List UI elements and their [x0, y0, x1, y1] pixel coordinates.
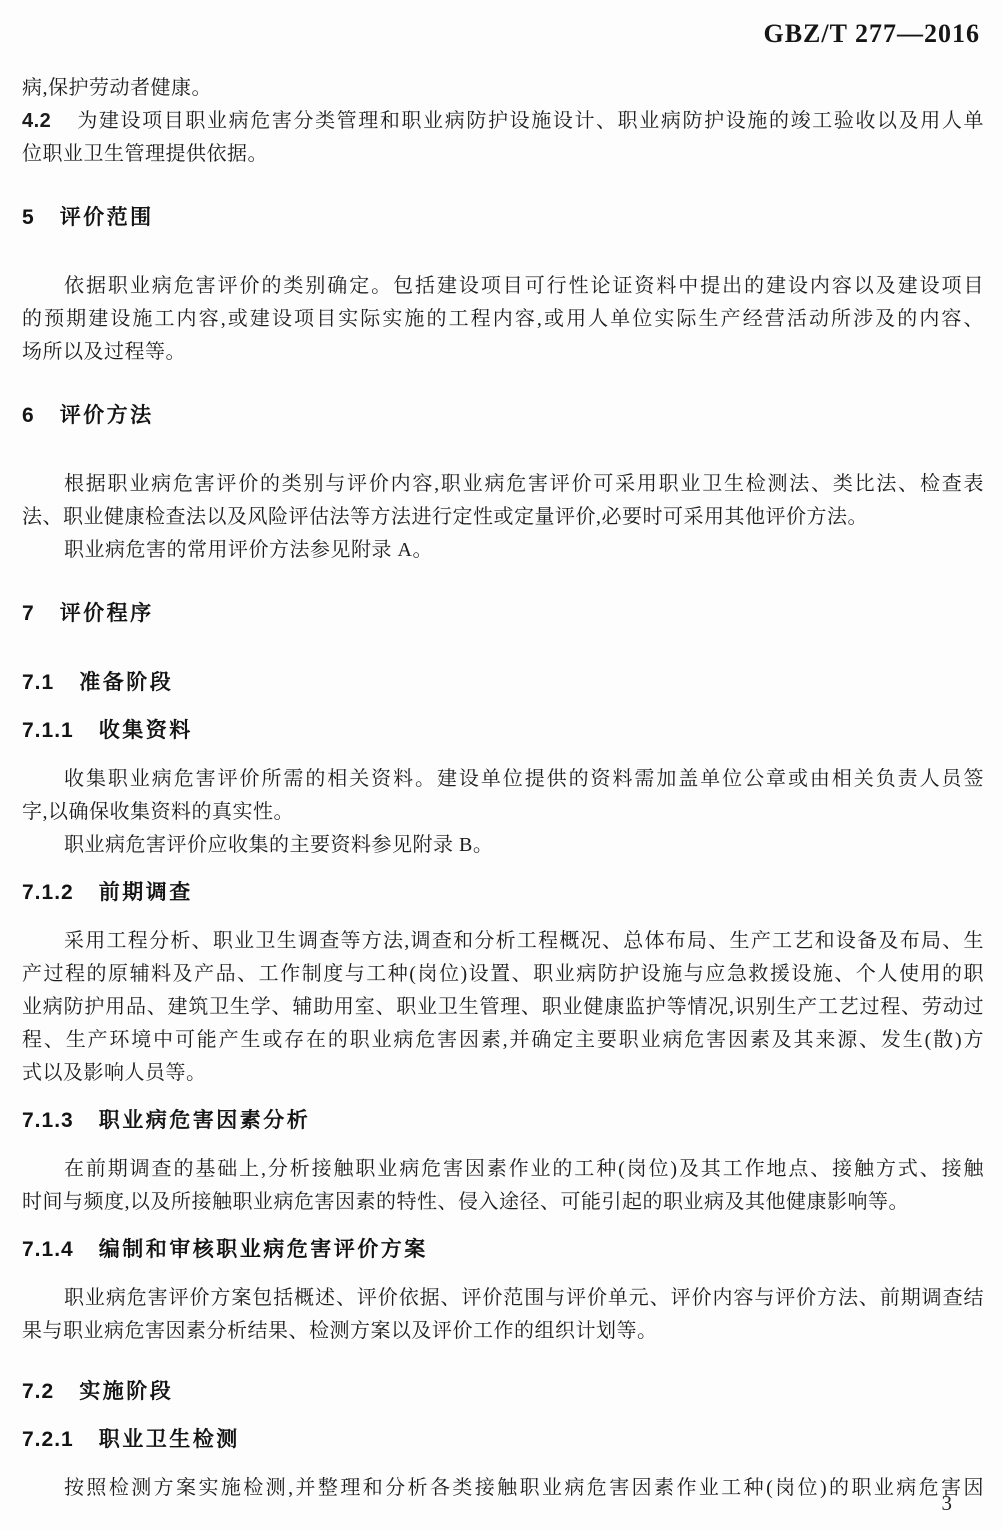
heading-title: 编制和审核职业病危害评价方案 [99, 1233, 428, 1266]
section-heading: 5评价范围 [22, 201, 984, 234]
body-line: 的预期建设施工内容,或建设项目实际实施的工程内容,或用人单位实际生产经营活动所涉… [22, 303, 984, 336]
heading-title: 实施阶段 [79, 1375, 173, 1408]
heading-number: 7.1.3 [22, 1104, 74, 1137]
heading-title: 评价程序 [60, 597, 154, 630]
document-page: GBZ/T 277—2016 病,保护劳动者健康。4.2为建设项目职业病危害分类… [0, 0, 1002, 1530]
paragraph: 病,保护劳动者健康。 [22, 72, 984, 105]
body-line: 果与职业病危害因素分析结果、检测方案以及评价工作的组织计划等。 [22, 1315, 984, 1348]
heading-title: 准备阶段 [79, 666, 173, 699]
section-heading: 7评价程序 [22, 597, 984, 630]
section-heading: 7.1.4编制和审核职业病危害评价方案 [22, 1233, 984, 1266]
heading-title: 职业病危害因素分析 [99, 1104, 311, 1137]
body-line: 职业病危害的常用评价方法参见附录 A。 [22, 534, 984, 567]
heading-number: 7.2 [22, 1375, 54, 1408]
body-line: 依据职业病危害评价的类别确定。包括建设项目可行性论证资料中提出的建设内容以及建设… [22, 270, 984, 303]
paragraph: 采用工程分析、职业卫生调查等方法,调查和分析工程概况、总体布局、生产工艺和设备及… [22, 925, 984, 1090]
body-line: 业病防护用品、建筑卫生学、辅助用室、职业卫生管理、职业健康监护等情况,识别生产工… [22, 991, 984, 1024]
page-number: 3 [942, 1491, 953, 1516]
document-content: 病,保护劳动者健康。4.2为建设项目职业病危害分类管理和职业病防护设施设计、职业… [0, 72, 1002, 1505]
body-line: 在前期调查的基础上,分析接触职业病危害因素作业的工种(岗位)及其工作地点、接触方… [22, 1153, 984, 1186]
body-line: 场所以及过程等。 [22, 336, 984, 369]
standard-number-header: GBZ/T 277—2016 [0, 0, 1002, 48]
section-heading: 7.2实施阶段 [22, 1375, 984, 1408]
paragraph: 职业病危害评价方案包括概述、评价依据、评价范围与评价单元、评价内容与评价方法、前… [22, 1282, 984, 1348]
body-line-text: 为建设项目职业病危害分类管理和职业病防护设施设计、职业病防护设施的竣工验收以及用… [77, 105, 984, 138]
body-line: 按照检测方案实施检测,并整理和分析各类接触职业病危害因素作业工种(岗位)的职业病… [22, 1472, 984, 1505]
body-line: 病,保护劳动者健康。 [22, 72, 984, 105]
body-line: 时间与频度,以及所接触职业病危害因素的特性、侵入途径、可能引起的职业病及其他健康… [22, 1186, 984, 1219]
body-line: 位职业卫生管理提供依据。 [22, 138, 984, 171]
heading-number: 7 [22, 597, 35, 630]
section-heading: 6评价方法 [22, 399, 984, 432]
heading-title: 评价范围 [60, 201, 154, 234]
paragraph: 收集职业病危害评价所需的相关资料。建设单位提供的资料需加盖单位公章或由相关负责人… [22, 763, 984, 862]
body-line: 职业病危害评价应收集的主要资料参见附录 B。 [22, 829, 984, 862]
section-heading: 7.1准备阶段 [22, 666, 984, 699]
heading-title: 前期调查 [99, 876, 193, 909]
body-line: 产过程的原辅料及产品、工作制度与工种(岗位)设置、职业病防护设施与应急救援设施、… [22, 958, 984, 991]
section-heading: 7.1.2前期调查 [22, 876, 984, 909]
body-line: 收集职业病危害评价所需的相关资料。建设单位提供的资料需加盖单位公章或由相关负责人… [22, 763, 984, 796]
heading-number: 5 [22, 201, 35, 234]
body-line: 4.2为建设项目职业病危害分类管理和职业病防护设施设计、职业病防护设施的竣工验收… [22, 105, 984, 138]
section-heading: 7.1.1收集资料 [22, 714, 984, 747]
body-line: 程、生产环境中可能产生或存在的职业病危害因素,并确定主要职业病危害因素及其来源、… [22, 1024, 984, 1057]
body-line: 字,以确保收集资料的真实性。 [22, 796, 984, 829]
paragraph: 在前期调查的基础上,分析接触职业病危害因素作业的工种(岗位)及其工作地点、接触方… [22, 1153, 984, 1219]
body-line: 采用工程分析、职业卫生调查等方法,调查和分析工程概况、总体布局、生产工艺和设备及… [22, 925, 984, 958]
heading-number: 6 [22, 399, 35, 432]
clause-number: 4.2 [22, 105, 51, 138]
paragraph: 4.2为建设项目职业病危害分类管理和职业病防护设施设计、职业病防护设施的竣工验收… [22, 105, 984, 171]
body-line: 根据职业病危害评价的类别与评价内容,职业病危害评价可采用职业卫生检测法、类比法、… [22, 468, 984, 501]
heading-title: 评价方法 [60, 399, 154, 432]
heading-number: 7.1.2 [22, 876, 74, 909]
section-heading: 7.2.1职业卫生检测 [22, 1423, 984, 1456]
body-line: 法、职业健康检查法以及风险评估法等方法进行定性或定量评价,必要时可采用其他评价方… [22, 501, 984, 534]
heading-number: 7.1.4 [22, 1233, 74, 1266]
heading-number: 7.1.1 [22, 714, 74, 747]
section-heading: 7.1.3职业病危害因素分析 [22, 1104, 984, 1137]
paragraph: 依据职业病危害评价的类别确定。包括建设项目可行性论证资料中提出的建设内容以及建设… [22, 270, 984, 369]
paragraph: 按照检测方案实施检测,并整理和分析各类接触职业病危害因素作业工种(岗位)的职业病… [22, 1472, 984, 1505]
heading-title: 收集资料 [99, 714, 193, 747]
heading-title: 职业卫生检测 [99, 1423, 240, 1456]
body-line: 式以及影响人员等。 [22, 1057, 984, 1090]
body-line: 职业病危害评价方案包括概述、评价依据、评价范围与评价单元、评价内容与评价方法、前… [22, 1282, 984, 1315]
heading-number: 7.1 [22, 666, 54, 699]
heading-number: 7.2.1 [22, 1423, 74, 1456]
paragraph: 根据职业病危害评价的类别与评价内容,职业病危害评价可采用职业卫生检测法、类比法、… [22, 468, 984, 567]
